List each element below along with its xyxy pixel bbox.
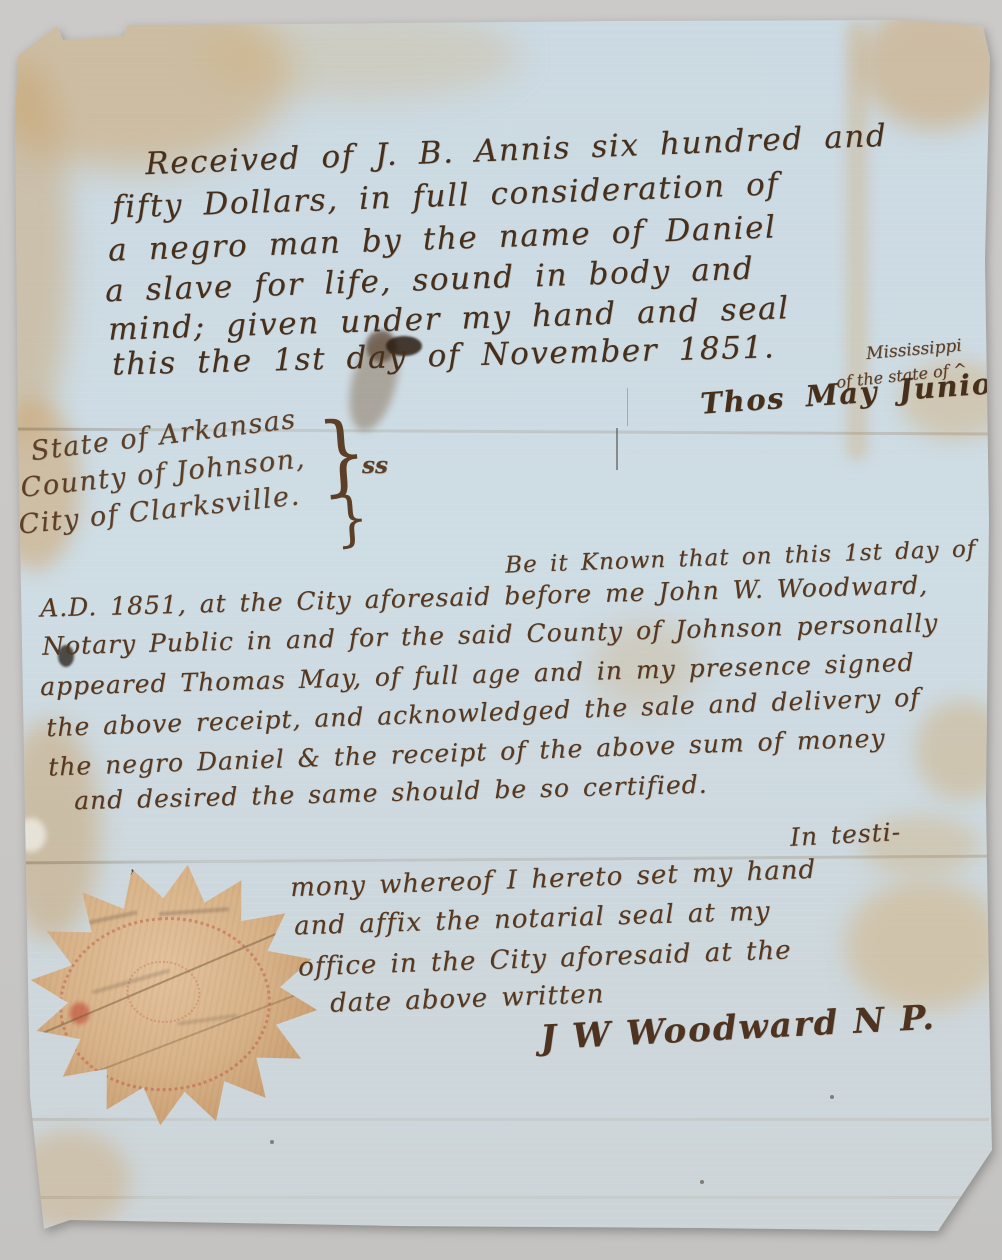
document-paper: chu Received of J. B. Annis six hundred … [0, 0, 1002, 1260]
speck [830, 1095, 834, 1099]
testimonium-line: and affix the notarial seal at my [294, 897, 771, 942]
paper-shadow: chu Received of J. B. Annis six hundred … [0, 0, 1002, 1260]
paper-tear [616, 428, 618, 470]
stain [860, 0, 1002, 130]
scanned-document-page: chu Received of J. B. Annis six hundred … [0, 0, 1002, 1260]
stain [200, 10, 520, 100]
testimonium-line: date above written [330, 979, 605, 1019]
testimonium-line: office in the City aforesaid at the [298, 935, 792, 982]
speck [700, 1180, 704, 1184]
testimonium-line: In testi- [789, 817, 901, 852]
jurat-ss-label: ss [362, 452, 388, 479]
stain [915, 700, 1002, 800]
seal-print-smudge [159, 907, 229, 916]
jurat-brace: } [332, 488, 371, 550]
paper-tear [627, 388, 628, 426]
fold-crease [14, 1196, 989, 1199]
torn-paper-fragment [16, 818, 46, 852]
fold-crease [14, 855, 989, 865]
seal-print-fragment: chu [112, 852, 144, 888]
testimonium-line: mony whereof I hereto set my hand [290, 855, 817, 903]
stain [845, 880, 1002, 1010]
stain [10, 1130, 130, 1230]
speck [270, 1140, 274, 1144]
